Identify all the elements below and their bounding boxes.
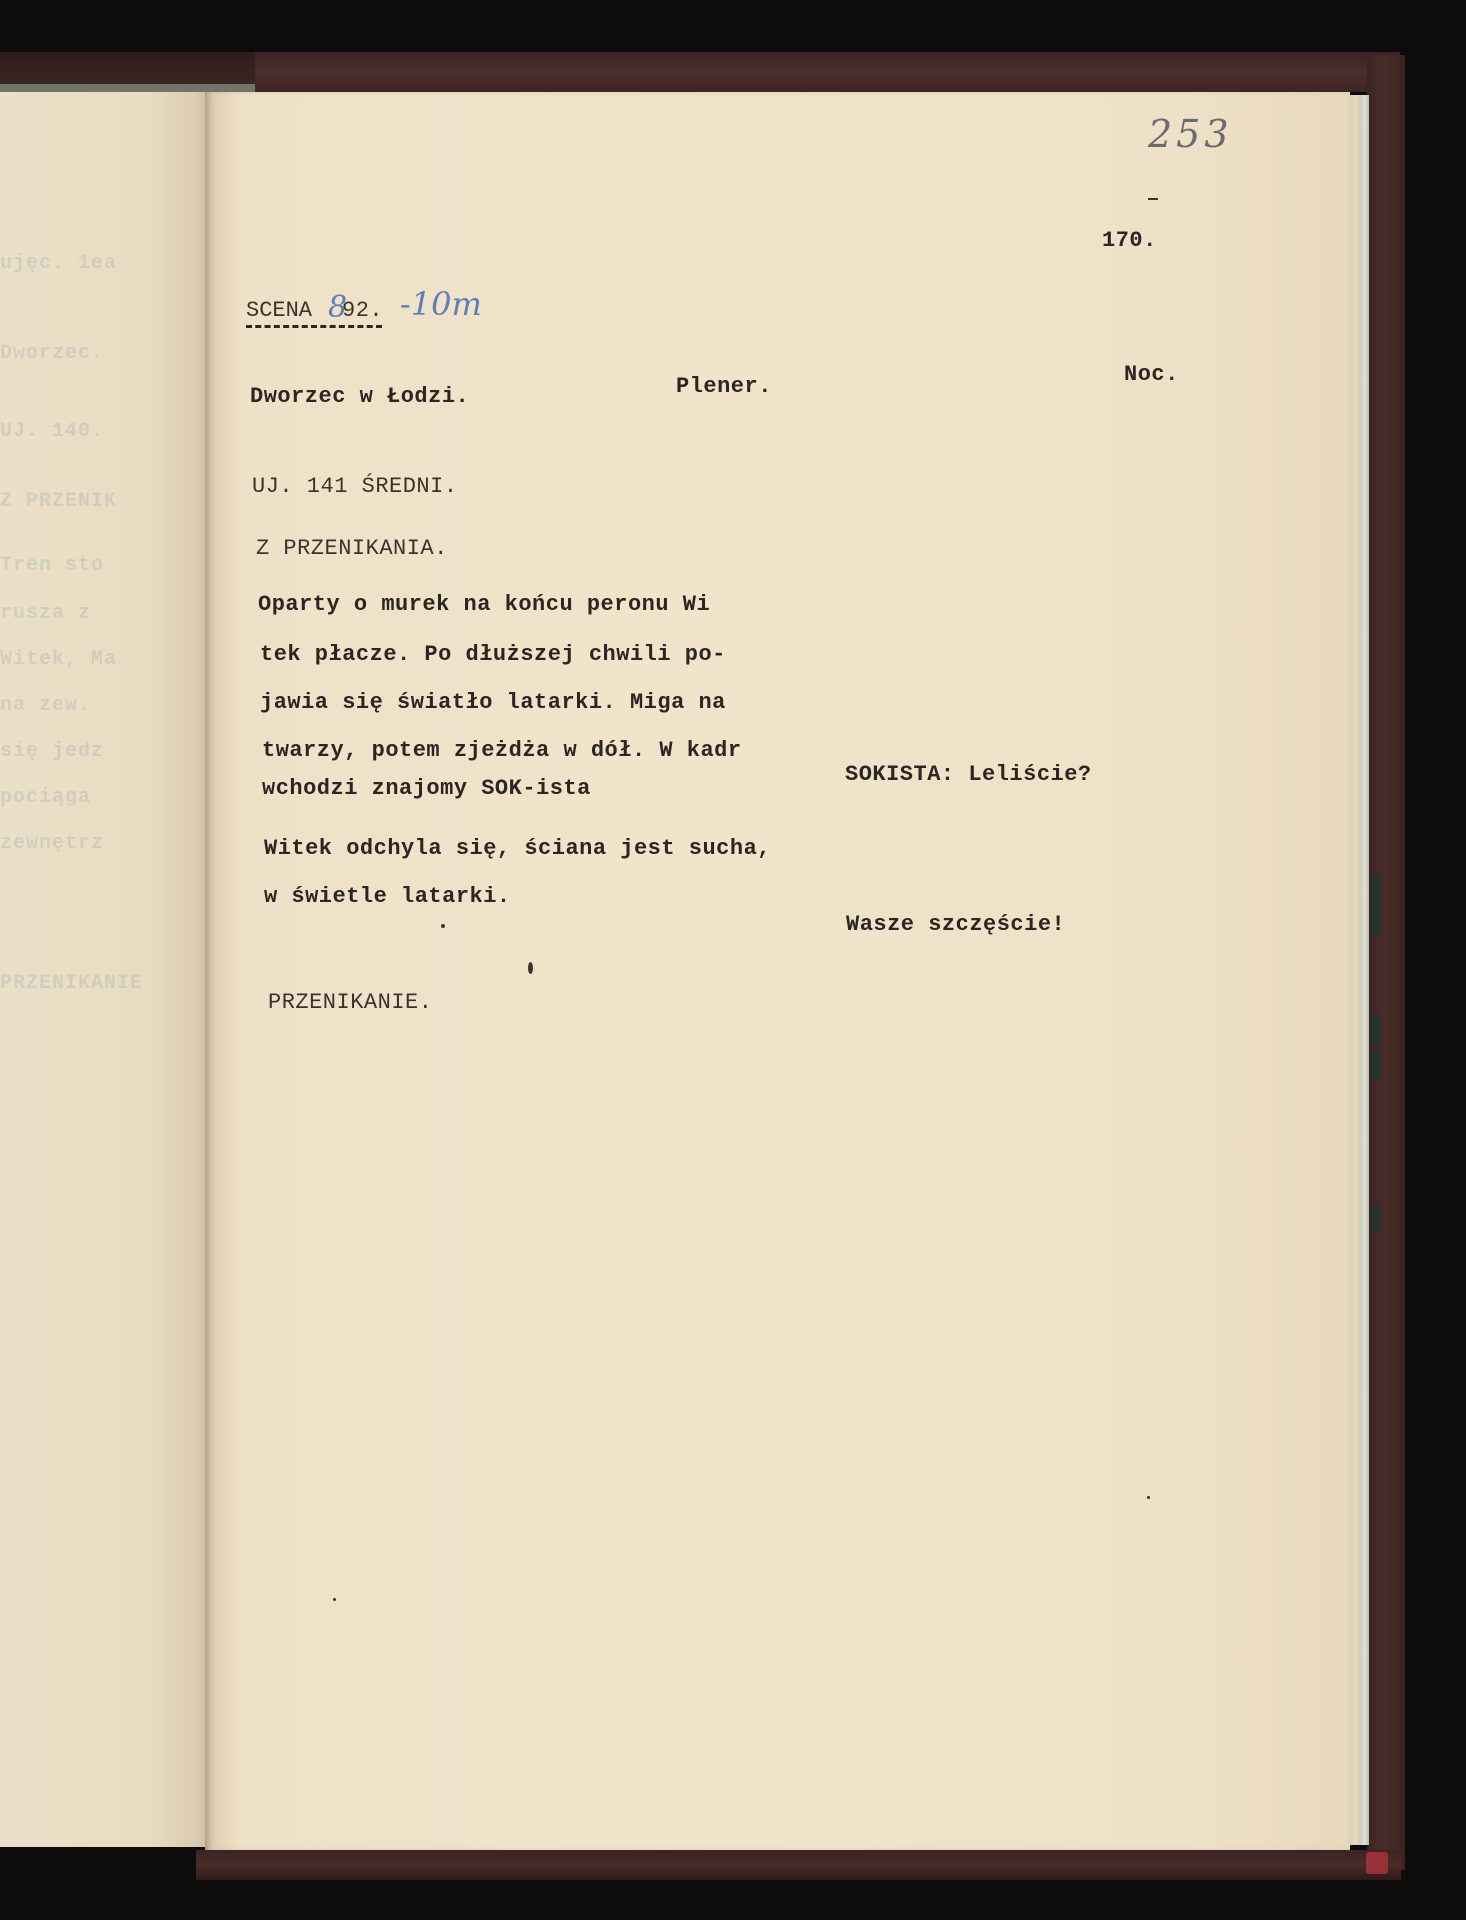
left-page: ujęc. 1ea Dworzec. UJ. 140. Z PRZENIK Tr…: [0, 92, 212, 1847]
action-line: jawia się światło latarki. Miga na: [260, 690, 726, 715]
transition-in: Z PRZENIKANIA.: [256, 536, 448, 561]
ink-mark: [1148, 198, 1158, 200]
ink-speck: [528, 962, 533, 974]
edge-mark: [1372, 1050, 1380, 1080]
book-spine-strip: [0, 84, 255, 92]
dialogue-line: Wasze szczęście!: [846, 912, 1065, 937]
ghost-line: Witek, Ma: [0, 648, 117, 671]
edge-mark: [1372, 1205, 1380, 1230]
ghost-line: Z PRZENIK: [0, 490, 117, 513]
edge-mark: [1372, 1015, 1380, 1045]
ink-speck: [1147, 1496, 1150, 1499]
ghost-line: zewnętrz: [0, 832, 104, 855]
ghost-line: na zew.: [0, 694, 91, 717]
script-page-number: 170.: [1102, 228, 1157, 253]
book-cover-bottom: [196, 1850, 1401, 1880]
shot-description: UJ. 141 ŚREDNI.: [252, 474, 458, 499]
ink-speck: [333, 1598, 336, 1601]
script-page: [205, 92, 1350, 1850]
scene-underline: [246, 325, 382, 328]
action-line: wchodzi znajomy SOK-ista: [262, 776, 591, 801]
ghost-line: Dworzec.: [0, 342, 104, 365]
book-cover-top-left: [0, 52, 255, 88]
heading-location: Dworzec w Łodzi.: [250, 384, 469, 409]
action-line: tek płacze. Po dłuższej chwili po-: [260, 642, 726, 667]
heading-time: Noc.: [1124, 362, 1179, 387]
scene-label: SCENA: [246, 298, 312, 323]
ghost-line: się jedz: [0, 740, 104, 763]
page-edge-stack: [1345, 95, 1361, 1845]
ghost-line: PRZENIKANIE: [0, 972, 143, 995]
transition-out: PRZENIKANIE.: [268, 990, 432, 1015]
heading-setting: Plener.: [676, 374, 772, 399]
archive-page-number: 253: [1148, 112, 1233, 156]
duration-note: -10m: [400, 285, 482, 323]
ghost-line: ujęc. 1ea: [0, 252, 117, 275]
ghost-line: Tren sto: [0, 554, 104, 577]
edge-mark: [1372, 875, 1380, 935]
action-line: Witek odchyla się, ściana jest sucha,: [264, 836, 771, 861]
action-line: twarzy, potem zjeżdża w dół. W kadr: [262, 738, 742, 763]
scene-number: 92.: [342, 298, 383, 323]
ghost-line: rusza z: [0, 602, 91, 625]
ghost-line: UJ. 140.: [0, 420, 104, 443]
ink-speck: [441, 924, 445, 928]
book-cover-right: [1367, 55, 1405, 1870]
page-edge: [1360, 95, 1369, 1845]
action-line: Oparty o murek na końcu peronu Wi: [258, 592, 710, 617]
ghost-line: pociąga: [0, 786, 91, 809]
cover-corner-mark: [1366, 1852, 1388, 1874]
action-line: w świetle latarki.: [264, 884, 511, 909]
dialogue-line: SOKISTA: Leliście?: [845, 762, 1092, 787]
